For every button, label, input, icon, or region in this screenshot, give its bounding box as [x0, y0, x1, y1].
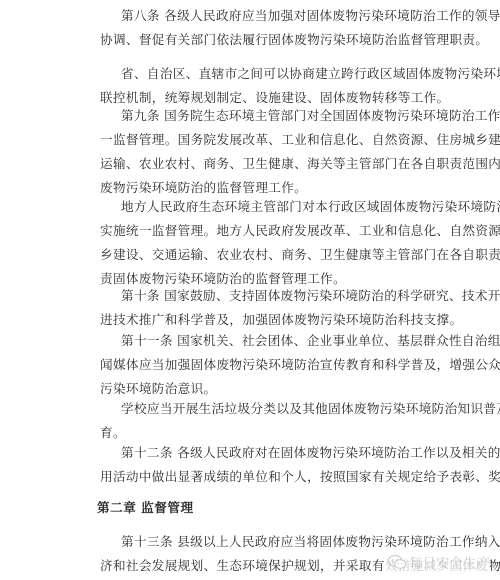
text-line: 省、自治区、直辖市之间可以协商建立跨行政区域固体废物污染环境的联防 — [76, 62, 428, 86]
text-line: 济和社会发展规划、生态环境保护规划，并采取有效措施减少固体废物的产 — [76, 554, 428, 578]
text-line: 闻媒体应当加强固体废物污染环境防治宣传教育和科学普及，增强公众固体废物 — [76, 353, 428, 377]
text-line: 第十二条 各级人民政府对在固体废物污染环境防治工作以及相关的综合利 — [76, 441, 428, 465]
text-line: 第十条 国家鼓励、支持固体废物污染环境防治的科学研究、技术开发、先 — [76, 284, 428, 308]
watermark-text: 每日安全生产 — [409, 552, 490, 572]
text-line: 第十三条 县级以上人民政府应当将固体废物污染环境防治工作纳入国民经 — [76, 530, 428, 554]
article-8-paragraph-1: 第八条 各级人民政府应当加强对固体废物污染环境防治工作的领导，组织、 协调、督促… — [76, 4, 428, 52]
watermark: 每日安全生产 — [385, 551, 490, 573]
article-9-paragraph-2: 地方人民政府生态环境主管部门对本行政区域固体废物污染环境防治工作 实施统一监督管… — [76, 195, 428, 291]
text-line: 地方人民政府生态环境主管部门对本行政区域固体废物污染环境防治工作 — [76, 195, 428, 219]
text-line: 协调、督促有关部门依法履行固体废物污染环境防治监督管理职责。 — [76, 28, 428, 52]
text-line: 学校应当开展生活垃圾分类以及其他固体废物污染环境防治知识普及和教 — [76, 397, 428, 421]
text-line: 一监督管理。国务院发展改革、工业和信息化、自然资源、住房城乡建设、交通 — [76, 128, 428, 152]
text-line: 用活动中做出显著成绩的单位和个人，按照国家有关规定给予表彰、奖励。 — [76, 465, 428, 489]
article-10: 第十条 国家鼓励、支持固体废物污染环境防治的科学研究、技术开发、先 进技术推广和… — [76, 284, 428, 332]
wechat-icon — [387, 554, 407, 570]
text-line: 实施统一监督管理。地方人民政府发展改革、工业和信息化、自然资源、住房城 — [76, 219, 428, 243]
article-12: 第十二条 各级人民政府对在固体废物污染环境防治工作以及相关的综合利 用活动中做出… — [76, 441, 428, 489]
article-11-paragraph-1: 第十一条 国家机关、社会团体、企业事业单位、基层群众性自治组织和新 闻媒体应当加… — [76, 329, 428, 401]
article-13: 第十三条 县级以上人民政府应当将固体废物污染环境防治工作纳入国民经 济和社会发展… — [76, 530, 428, 578]
article-11-paragraph-2: 学校应当开展生活垃圾分类以及其他固体废物污染环境防治知识普及和教 育。 — [76, 397, 428, 445]
chapter-heading: 第二章 监督管理 — [76, 496, 449, 520]
article-9-paragraph-1: 第九条 国务院生态环境主管部门对全国固体废物污染环境防治工作实施统 一监督管理。… — [76, 104, 428, 200]
article-8-paragraph-2: 省、自治区、直辖市之间可以协商建立跨行政区域固体废物污染环境的联防 联控机制，统… — [76, 62, 428, 110]
text-line: 第九条 国务院生态环境主管部门对全国固体废物污染环境防治工作实施统 — [76, 104, 428, 128]
text-line: 第十一条 国家机关、社会团体、企业事业单位、基层群众性自治组织和新 — [76, 329, 428, 353]
text-line: 乡建设、交通运输、农业农村、商务、卫生健康等主管部门在各自职责范围内负 — [76, 243, 428, 267]
text-line: 运输、农业农村、商务、卫生健康、海关等主管部门在各自职责范围内负责固体 — [76, 152, 428, 176]
text-line: 第八条 各级人民政府应当加强对固体废物污染环境防治工作的领导，组织、 — [76, 4, 428, 28]
